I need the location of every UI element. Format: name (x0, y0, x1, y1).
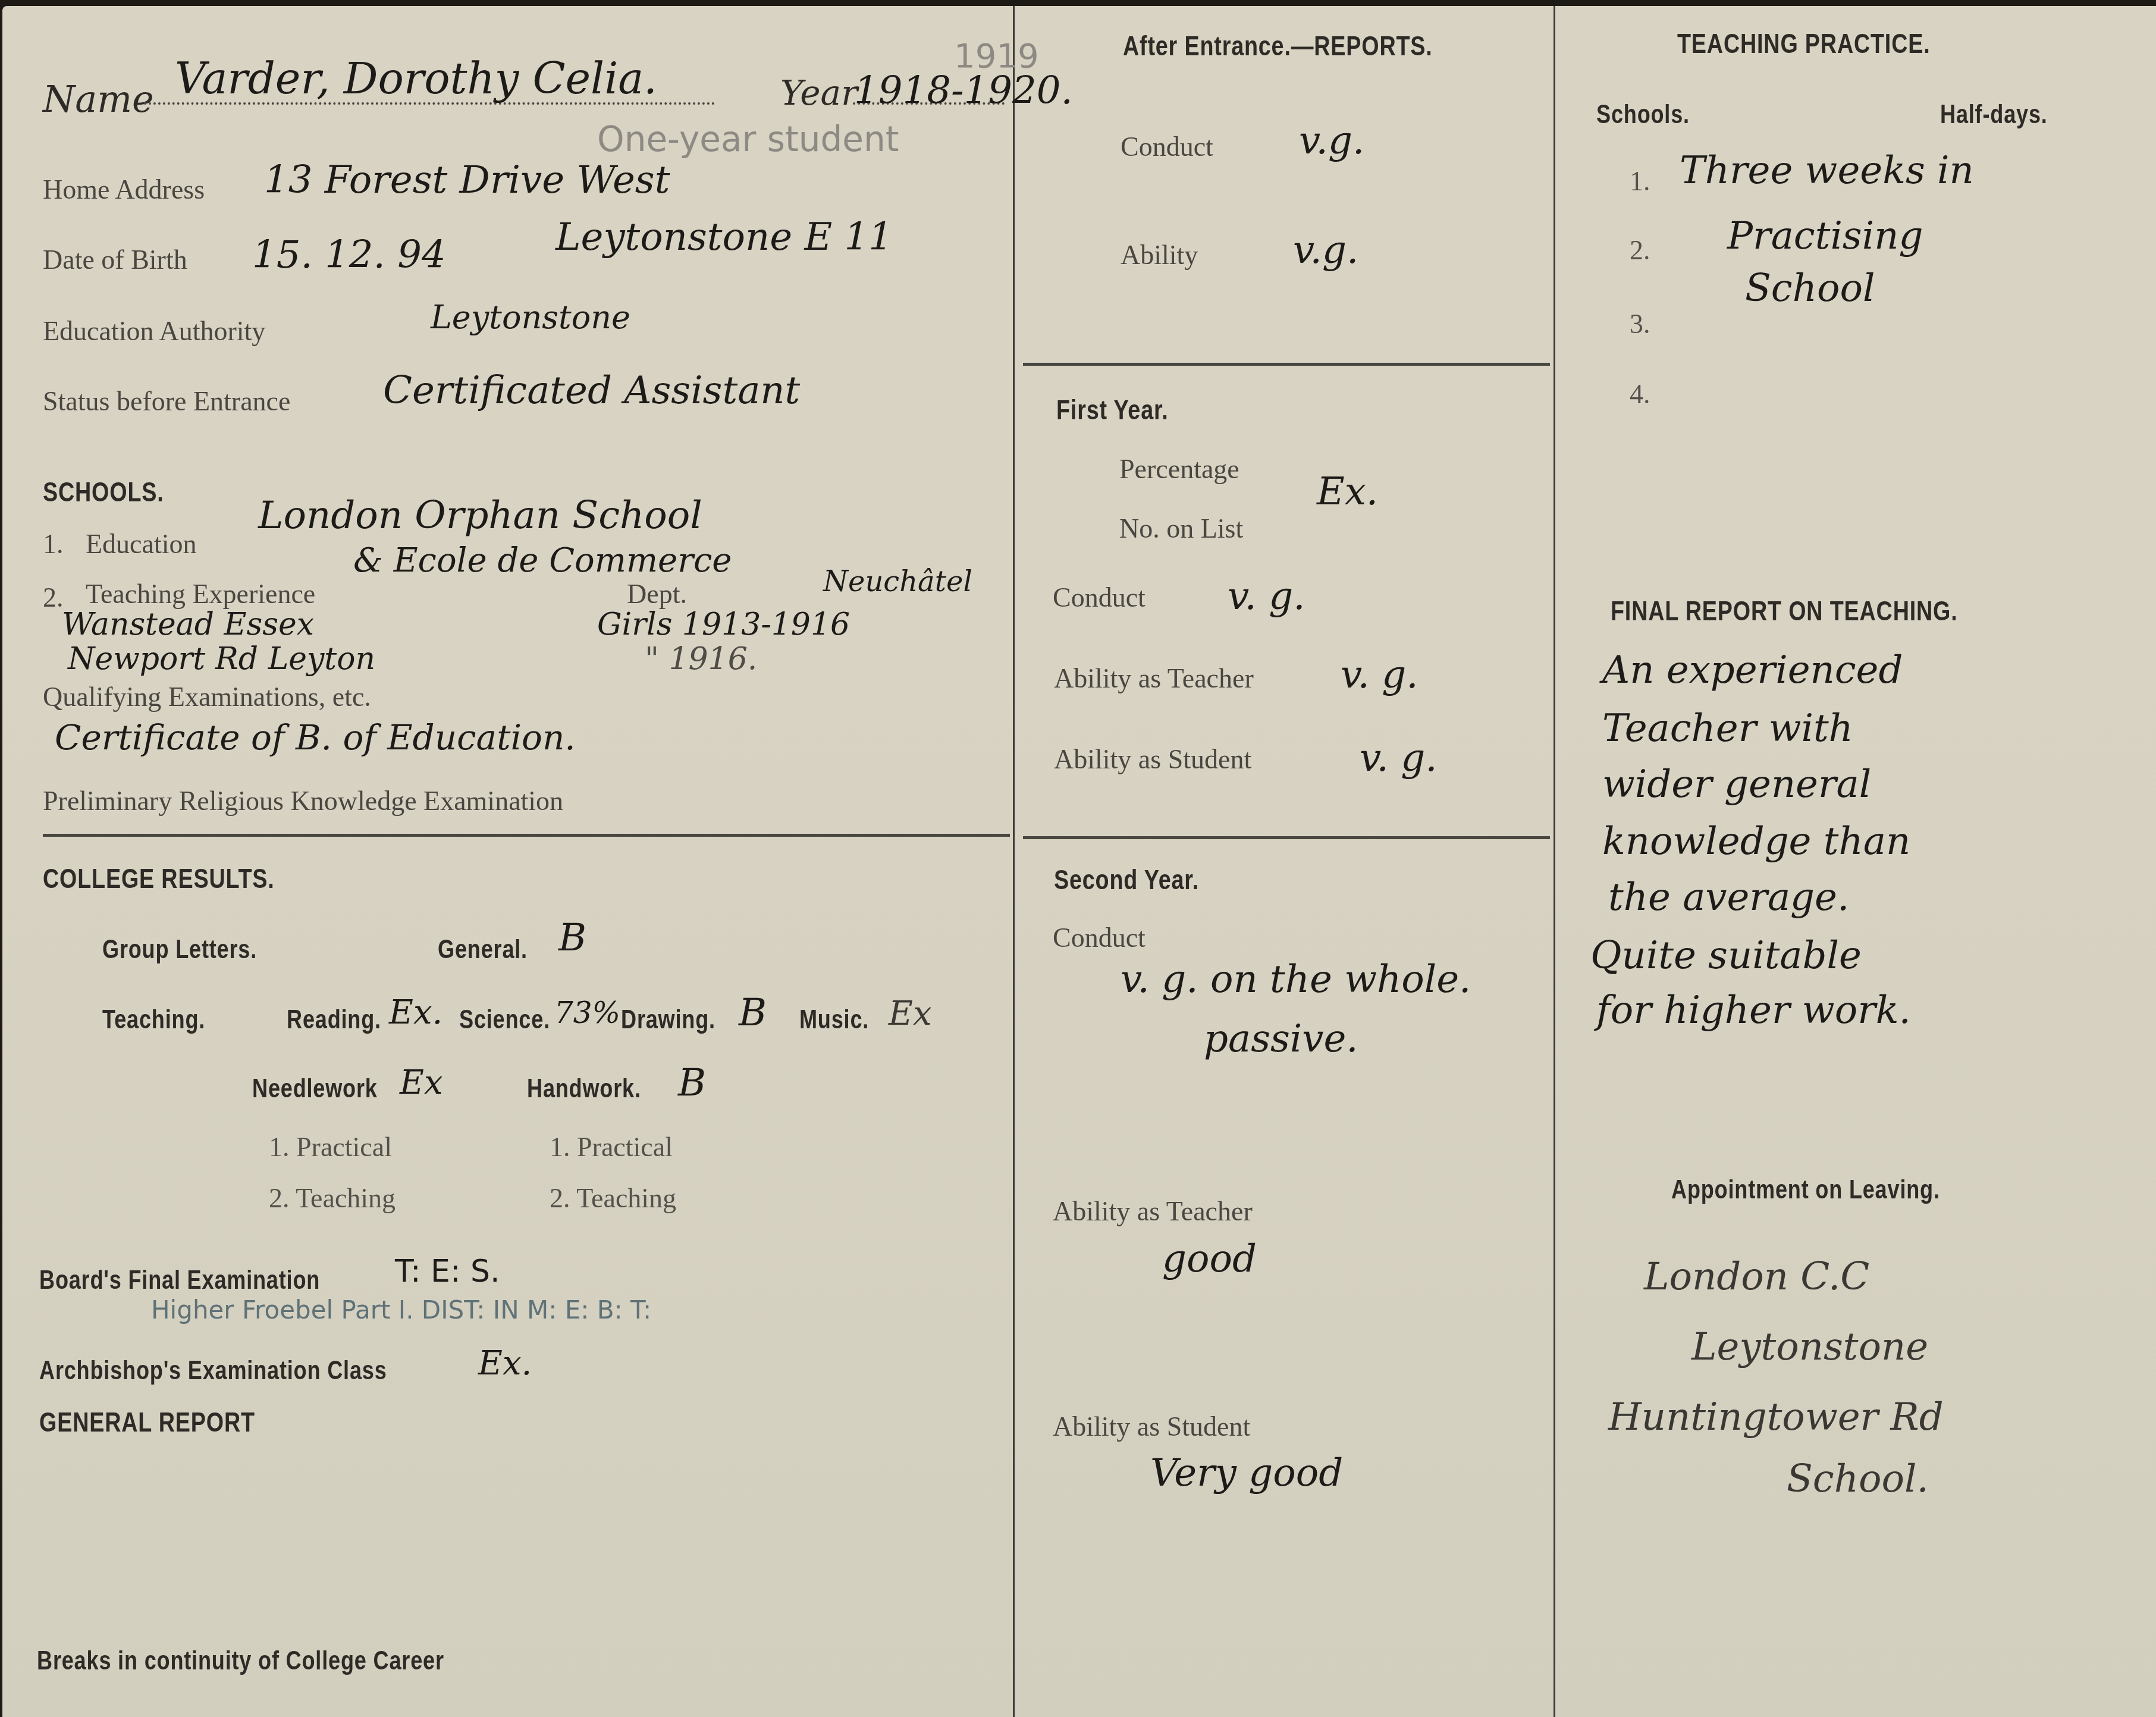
final-report-line-7: for higher work. (1596, 988, 1911, 1032)
dob-label: Date of Birth (43, 244, 187, 275)
year-correction: 1919 (954, 37, 1039, 76)
teaching-experience-label: Teaching Experience (86, 578, 315, 610)
second-year-ability-student-label: Ability as Student (1053, 1411, 1250, 1442)
status-before-entrance-label: Status before Entrance (43, 385, 290, 417)
teaching-experience-num: 2. (43, 582, 64, 613)
prk-exam-label: Preliminary Religious Knowledge Examinat… (43, 785, 563, 817)
second-year-conduct-value-line1: v. g. on the whole. (1121, 958, 1471, 1002)
froebel-note: Higher Froebel Part I. DIST: IN M: E: B:… (151, 1295, 651, 1324)
home-address-line2: Leytonstone E 11 (556, 215, 893, 259)
tp-num-1: 1. (1630, 165, 1650, 197)
final-report-heading: FINAL REPORT ON TEACHING. (1611, 595, 1958, 627)
qualifying-exams-label: Qualifying Examinations, etc. (43, 681, 371, 712)
education-authority-label: Education Authority (43, 315, 265, 347)
home-address-label: Home Address (43, 174, 205, 205)
appointment-line-3: Huntingtower Rd (1608, 1395, 1944, 1439)
tp-entry-line-1: Three weeks in (1680, 149, 1974, 193)
year-label: Year (780, 73, 858, 113)
first-year-heading: First Year. (1056, 394, 1169, 426)
second-year-ability-teacher-value: good (1162, 1237, 1257, 1281)
column-divider-left (1013, 6, 1015, 1717)
teaching-exp-dept-2: " 1916. (645, 641, 757, 677)
final-report-line-6: Quite suitable (1590, 934, 1862, 978)
no-on-list-label: No. on List (1119, 513, 1243, 544)
drawing-value: B (739, 991, 767, 1035)
education-value-line2: & Ecole de Commerce (353, 541, 732, 580)
handwork-label: Handwork. (527, 1074, 641, 1104)
music-label: Music. (799, 1005, 869, 1035)
archbishop-exam-label: Archbishop's Examination Class (39, 1356, 387, 1386)
needlework-value: Ex (400, 1063, 443, 1102)
boards-final-label: Board's Final Examination (39, 1266, 320, 1295)
tp-num-4: 4. (1630, 378, 1650, 410)
schools-heading: SCHOOLS. (43, 476, 164, 508)
drawing-label: Drawing. (621, 1005, 715, 1035)
education-value-line3: Neuchâtel (823, 565, 972, 598)
needlework-teaching: 2. Teaching (269, 1182, 396, 1214)
general-label: General. (438, 935, 528, 965)
teaching-practice-heading: TEACHING PRACTICE. (1677, 27, 1931, 59)
final-report-line-1: An experienced (1602, 648, 1903, 692)
second-year-conduct-value-line2: passive. (1204, 1017, 1358, 1061)
handwork-value: B (678, 1061, 706, 1105)
percentage-label: Percentage (1119, 453, 1239, 485)
reading-value: Ex. (389, 993, 443, 1032)
education-label: Education (86, 528, 197, 560)
one-year-student-note: One-year student (597, 119, 899, 159)
final-report-line-5: the average. (1608, 875, 1849, 919)
education-value-line1: London Orphan School (258, 494, 702, 538)
teaching-exp-dept-1: Girls 1913-1916 (597, 607, 850, 642)
dob-value: 15. 12. 94 (252, 233, 446, 277)
column-divider-right (1554, 6, 1555, 1717)
name-label: Name (43, 77, 154, 121)
first-year-conduct-value: v. g. (1228, 575, 1305, 619)
final-report-line-2: Teacher with (1602, 707, 1853, 751)
education-num: 1. (43, 528, 64, 560)
tp-entry-line-3: School (1745, 266, 1875, 310)
divider-left-college (43, 834, 1010, 837)
teaching-exp-school-1: Wanstead Essex (62, 607, 314, 642)
group-letters-label: Group Letters. (102, 935, 257, 965)
divider-middle-first-year (1023, 363, 1550, 366)
record-card: Name Varder, Dorothy Celia. Year 1918-19… (2, 6, 2156, 1717)
general-report-label: GENERAL REPORT (39, 1406, 255, 1438)
general-value: B (558, 916, 586, 960)
divider-middle-second-year (1023, 836, 1550, 839)
appointment-line-1: London C.C (1644, 1255, 1869, 1299)
tp-num-2: 2. (1630, 234, 1650, 266)
appointment-heading: Appointment on Leaving. (1671, 1175, 1940, 1205)
after-entrance-ability-value: v.g. (1293, 228, 1358, 272)
final-report-line-3: wider general (1602, 762, 1871, 806)
first-year-ability-teacher-label: Ability as Teacher (1054, 663, 1254, 694)
handwork-practical: 1. Practical (550, 1131, 673, 1163)
education-authority-value: Leytonstone (431, 299, 630, 336)
breaks-label: Breaks in continuity of College Career (37, 1646, 444, 1676)
first-year-ability-student-label: Ability as Student (1054, 743, 1251, 775)
music-value: Ex (889, 994, 931, 1033)
appointment-line-4: School. (1787, 1457, 1929, 1501)
first-year-conduct-label: Conduct (1053, 582, 1146, 613)
home-address-line1: 13 Forest Drive West (264, 158, 670, 202)
status-before-entrance-value: Certificated Assistant (383, 369, 800, 413)
boards-final-value: T: E: S. (395, 1254, 500, 1289)
appointment-line-2: Leytonstone (1691, 1325, 1928, 1369)
tp-num-3: 3. (1630, 308, 1650, 340)
college-results-heading: COLLEGE RESULTS. (43, 862, 275, 894)
reports-heading: After Entrance.—REPORTS. (1123, 30, 1433, 62)
second-year-heading: Second Year. (1054, 864, 1199, 896)
science-value: 73% (554, 996, 620, 1030)
tp-half-days-label: Half-days. (1940, 100, 2048, 130)
handwork-teaching: 2. Teaching (550, 1182, 676, 1214)
second-year-ability-student-value: Very good (1150, 1451, 1343, 1495)
teaching-exp-school-2: Newport Rd Leyton (68, 641, 375, 677)
tp-entry-line-2: Practising (1727, 214, 1923, 258)
final-report-line-4: knowledge than (1602, 820, 1910, 864)
needlework-label: Needlework (252, 1074, 378, 1104)
qualifying-exams-value: Certificate of B. of Education. (55, 717, 576, 758)
second-year-ability-teacher-label: Ability as Teacher (1053, 1195, 1253, 1227)
first-year-ability-student-value: v. g. (1360, 736, 1438, 780)
reading-label: Reading. (287, 1005, 381, 1035)
second-year-conduct-label: Conduct (1053, 922, 1146, 953)
after-entrance-conduct-value: v.g. (1299, 119, 1364, 163)
year-value: 1918-1920. (854, 69, 1073, 113)
after-entrance-conduct-label: Conduct (1121, 131, 1213, 162)
tp-schools-label: Schools. (1596, 100, 1690, 130)
dept-label: Dept. (627, 578, 687, 610)
after-entrance-ability-label: Ability (1121, 239, 1198, 271)
name-value: Varder, Dorothy Celia. (175, 54, 657, 103)
percentage-value: Ex. (1317, 470, 1378, 514)
first-year-ability-teacher-value: v. g. (1341, 653, 1418, 697)
science-label: Science. (459, 1005, 550, 1035)
needlework-practical: 1. Practical (269, 1131, 392, 1163)
archbishop-exam-value: Ex. (478, 1344, 532, 1383)
teaching-label: Teaching. (102, 1005, 205, 1035)
